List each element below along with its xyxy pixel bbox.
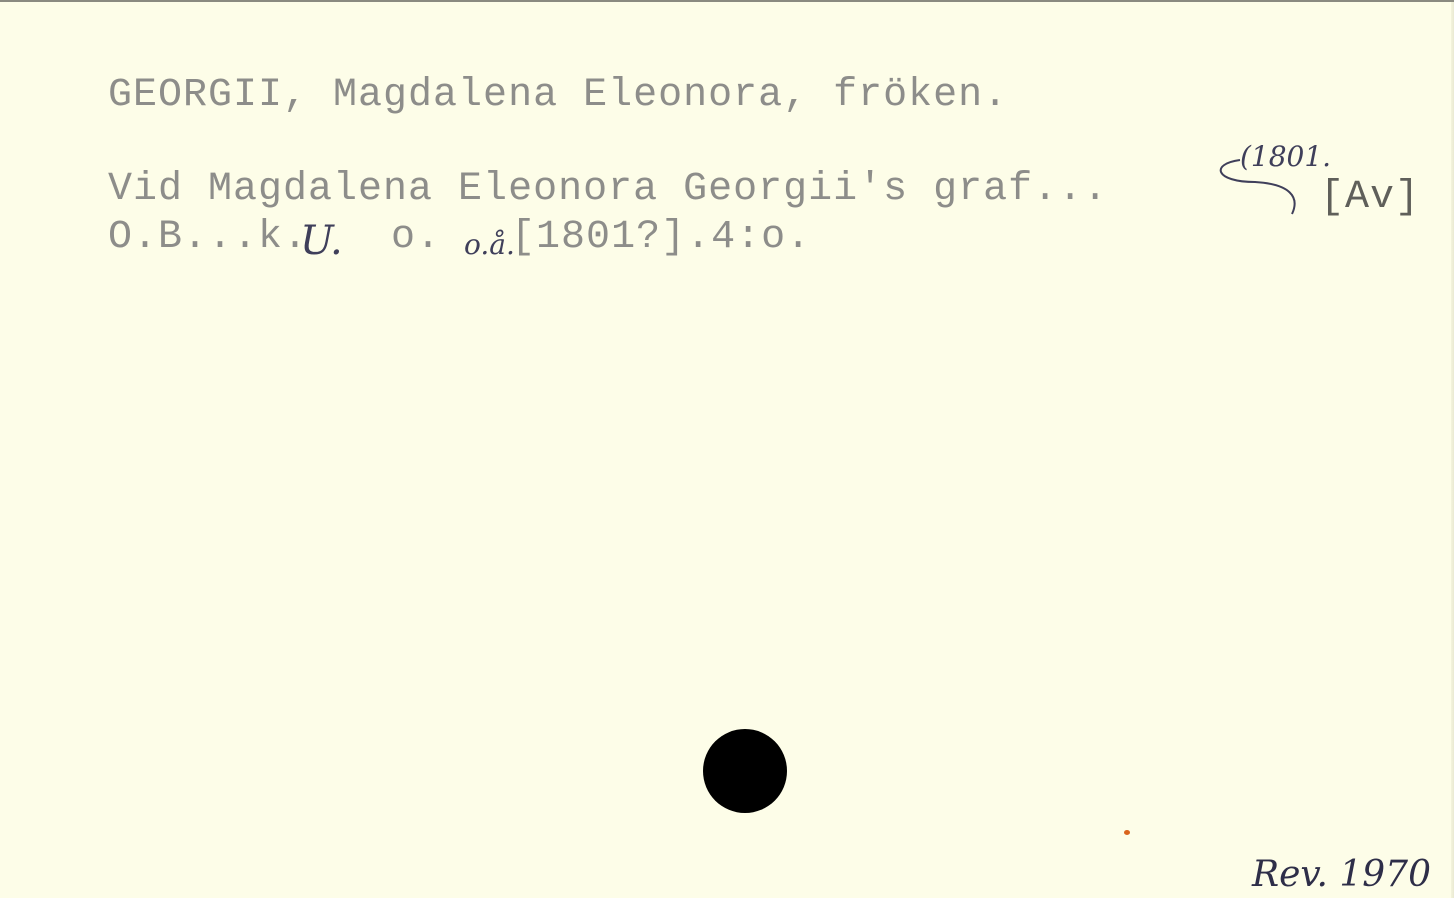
author-bracket: [Av] (1320, 178, 1420, 218)
insertion-mark-icon (1200, 152, 1320, 222)
punch-hole (703, 729, 787, 813)
card-imprint-line: O.B...k. o.[1801?].4:o. (108, 218, 811, 258)
card-heading: GEORGII, Magdalena Eleonora, fröken. (108, 76, 1008, 116)
catalog-card: GEORGII, Magdalena Eleonora, fröken. Vid… (0, 0, 1454, 898)
imprint-mid: o. (366, 215, 441, 260)
ink-speck (1124, 830, 1130, 835)
handwritten-place-abbrev: o.å. (464, 228, 515, 261)
revision-note: Rev. 1970 (1252, 854, 1431, 895)
handwritten-u-correction: U. (300, 218, 343, 264)
imprint-suffix: [1801?].4:o. (511, 215, 811, 260)
imprint-prefix: O.B...k. (108, 215, 308, 260)
card-title-line: Vid Magdalena Eleonora Georgii's graf... (108, 170, 1108, 210)
